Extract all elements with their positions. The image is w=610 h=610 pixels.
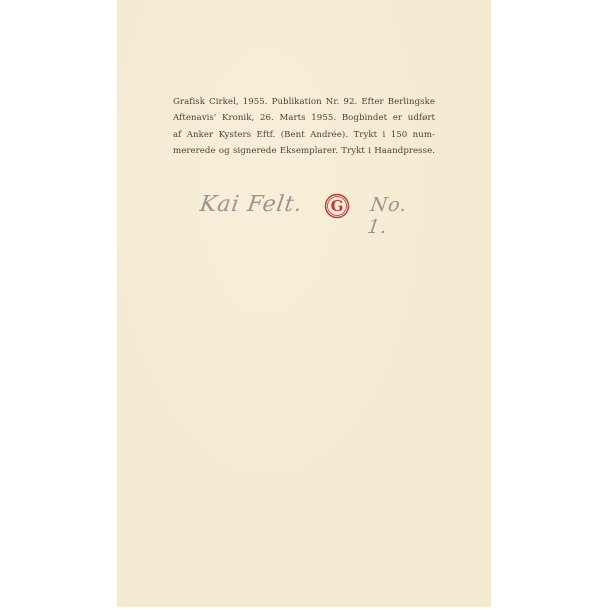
stamp-g-icon: G: [324, 193, 350, 219]
book-page: Grafisk Cirkel, 1955. Publikation Nr. 92…: [117, 0, 491, 607]
colophon-text: Grafisk Cirkel, 1955. Publikation Nr. 92…: [173, 94, 435, 160]
handwritten-signature: Kai Felt.: [198, 192, 304, 217]
handwritten-copy-number: No. 1.: [366, 194, 433, 238]
signature-row: Kai Felt. G No. 1.: [190, 186, 430, 230]
colophon-line: Grafisk Cirkel, 1955. Publikation Nr. 92…: [173, 94, 435, 110]
stamp-letter: G: [331, 197, 344, 215]
colophon-line: af Anker Kysters Eftf. (Bent Andrée). Tr…: [173, 127, 435, 143]
colophon-line: mererede og signerede Eksemplarer. Trykt…: [173, 143, 435, 159]
colophon-line: Aftenavis' Kronik, 26. Marts 1955. Bogbi…: [173, 110, 435, 126]
